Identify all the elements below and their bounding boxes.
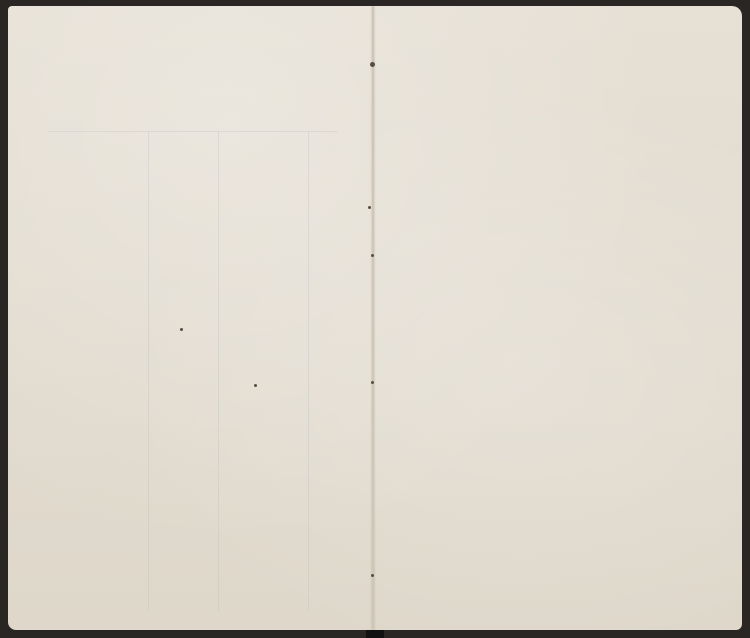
speck xyxy=(371,254,374,257)
left-page xyxy=(8,6,372,630)
speck xyxy=(371,381,374,384)
speck xyxy=(368,206,371,209)
bleed-through-rule xyxy=(308,131,309,611)
bleed-through-rule xyxy=(218,131,219,611)
speck xyxy=(371,574,374,577)
speck xyxy=(370,62,375,67)
paper-sheet xyxy=(8,6,742,630)
binding-tab xyxy=(366,630,384,638)
right-page xyxy=(374,6,742,630)
bleed-through-rule xyxy=(148,131,149,611)
speck xyxy=(254,384,257,387)
bleed-through-rule xyxy=(48,131,338,132)
speck xyxy=(180,328,183,331)
